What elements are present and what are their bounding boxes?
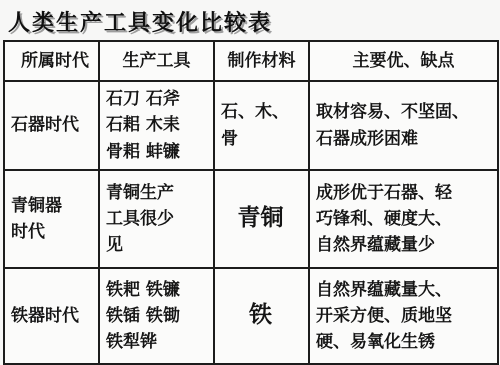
header-pros-cons: 主要优、缺点: [309, 41, 498, 81]
tools-cell: 石刀 石斧 石耜 木耒 骨耜 蚌镰: [99, 81, 214, 170]
notes-cell: 成形优于石器、轻 巧锋利、硬度大、 自然界蕴藏量少: [309, 170, 498, 268]
header-material: 制作材料: [214, 41, 309, 81]
material-cell: 青铜: [214, 170, 309, 268]
table-row-iron-age: 铁器时代 铁耙 铁镰 铁锸 铁锄 铁犁铧 铁 自然界蕴藏量大、 开采方便、质地坚…: [4, 268, 498, 364]
material-cell: 铁: [214, 268, 309, 364]
material-cell: 石、木、 骨: [214, 81, 309, 170]
notes-cell: 自然界蕴藏量大、 开采方便、质地坚 硬、易氧化生锈: [309, 268, 498, 364]
table-row-stone-age: 石器时代 石刀 石斧 石耜 木耒 骨耜 蚌镰 石、木、 骨 取材容易、不坚固、 …: [4, 81, 498, 170]
comparison-table-page: 人类生产工具变化比较表 所属时代 生产工具 制作材料 主要优、缺点 石器时代 石…: [0, 0, 500, 365]
era-cell: 青铜器 时代: [4, 170, 99, 268]
page-title: 人类生产工具变化比较表: [8, 6, 272, 37]
era-cell: 石器时代: [4, 81, 99, 170]
notes-cell: 取材容易、不坚固、 石器成形困难: [309, 81, 498, 170]
tools-comparison-table: 所属时代 生产工具 制作材料 主要优、缺点 石器时代 石刀 石斧 石耜 木耒 骨…: [3, 40, 499, 365]
header-tools: 生产工具: [99, 41, 214, 81]
header-era: 所属时代: [4, 41, 99, 81]
header-row: 所属时代 生产工具 制作材料 主要优、缺点: [4, 41, 498, 81]
era-cell: 铁器时代: [4, 268, 99, 364]
tools-cell: 铁耙 铁镰 铁锸 铁锄 铁犁铧: [99, 268, 214, 364]
tools-cell: 青铜生产 工具很少 见: [99, 170, 214, 268]
table-row-bronze-age: 青铜器 时代 青铜生产 工具很少 见 青铜 成形优于石器、轻 巧锋利、硬度大、 …: [4, 170, 498, 268]
